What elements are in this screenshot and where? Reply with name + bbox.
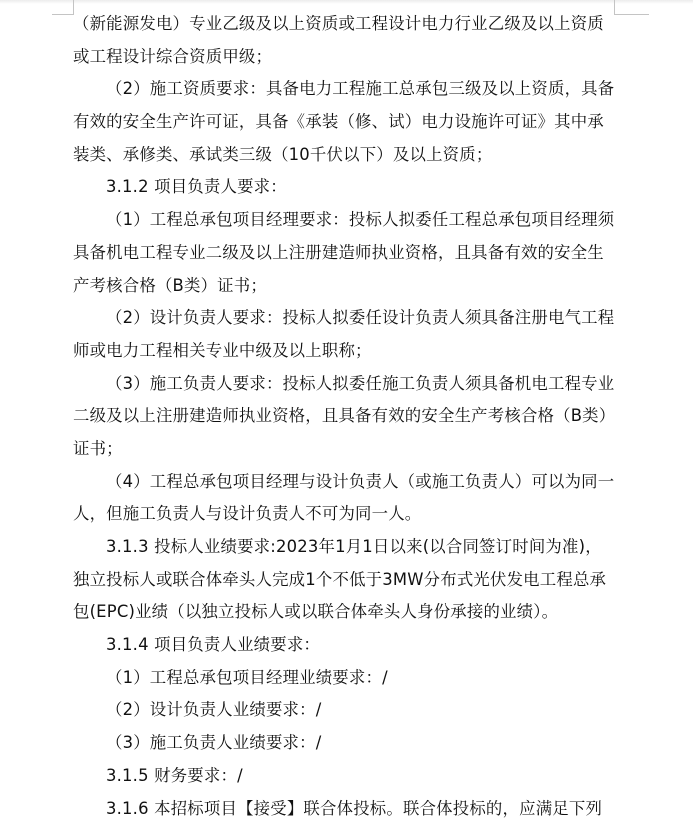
text-line: （新能源发电）专业乙级及以上资质或工程设计电力行业乙级及以上资质 (73, 8, 618, 41)
text-line: 具备机电工程专业二级及以上注册建造师执业资格，且具备有效的安全生 (73, 237, 618, 270)
text-line: （4）工程总承包项目经理与设计负责人（或施工负责人）可以为同一 (73, 466, 618, 499)
document-page-body: （新能源发电）专业乙级及以上资质或工程设计电力行业乙级及以上资质 或工程设计综合… (73, 8, 618, 825)
margin-corner-mark-left (52, 0, 74, 15)
section-heading: 3.1.2 项目负责人要求： (73, 171, 618, 204)
section-heading: 3.1.3 投标人业绩要求:2023年1月1日以来(以合同签订时间为准)， (73, 531, 618, 564)
text-line: （2）设计负责人要求：投标人拟委任设计负责人须具备注册电气工程 (73, 302, 618, 335)
text-line: 二级及以上注册建造师执业资格，且具备有效的安全生产考核合格（B类） (73, 400, 618, 433)
text-line: 产考核合格（B类）证书； (73, 270, 618, 303)
section-heading: 3.1.5 财务要求：/ (73, 760, 618, 793)
text-line: 或工程设计综合资质甲级； (73, 41, 618, 74)
page-top-shadow (0, 0, 693, 4)
text-line: （3）施工负责人业绩要求：/ (73, 727, 618, 760)
text-line: （1）工程总承包项目经理要求：投标人拟委任工程总承包项目经理须 (73, 204, 618, 237)
text-line: 独立投标人或联合体牵头人完成1个不低于3MW分布式光伏发电工程总承 (73, 564, 618, 597)
text-line: 装类、承修类、承试类三级（10千伏以下）及以上资质； (73, 139, 618, 172)
text-line: （2）施工资质要求：具备电力工程施工总承包三级及以上资质，具备 (73, 73, 618, 106)
text-line: （3）施工负责人要求：投标人拟委任施工负责人须具备机电工程专业 (73, 368, 618, 401)
text-line: 包(EPC)业绩（以独立投标人或以联合体牵头人身份承接的业绩）。 (73, 596, 618, 629)
text-line: （2）设计负责人业绩要求：/ (73, 694, 618, 727)
text-line: 证书； (73, 433, 618, 466)
margin-corner-mark-right (614, 0, 649, 15)
text-line: （1）工程总承包项目经理业绩要求：/ (73, 662, 618, 695)
section-heading: 3.1.4 项目负责人业绩要求： (73, 629, 618, 662)
text-line: 人，但施工负责人与设计负责人不可为同一人。 (73, 498, 618, 531)
text-line: 师或电力工程相关专业中级及以上职称； (73, 335, 618, 368)
section-heading: 3.1.6 本招标项目【接受】联合体投标。联合体投标的，应满足下列 (73, 793, 618, 826)
text-line: 有效的安全生产许可证，具备《承装（修、试）电力设施许可证》其中承 (73, 106, 618, 139)
